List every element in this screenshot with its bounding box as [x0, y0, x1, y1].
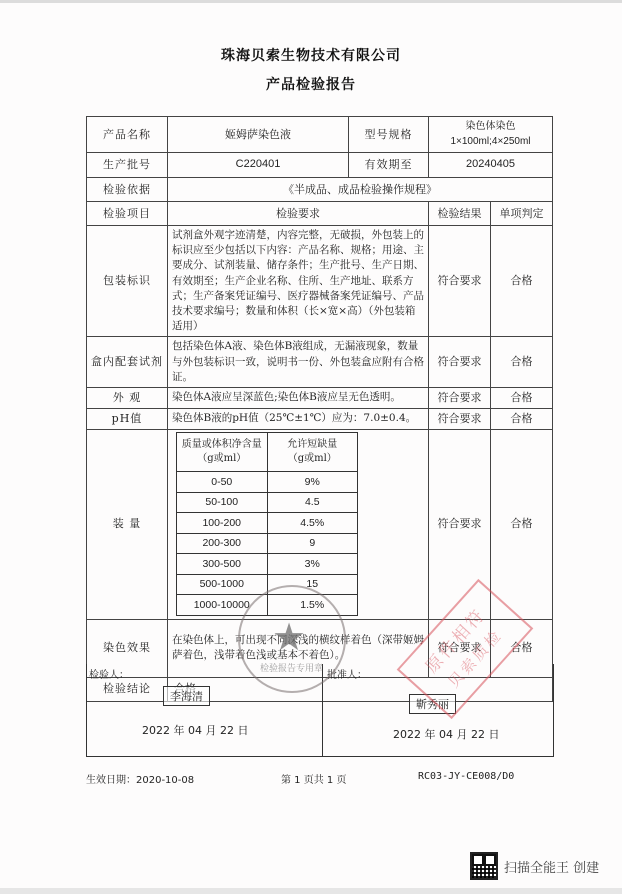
fill-volume-subtable: 质量或体积净含量 （g或ml） 允许短缺量 （g或ml） 0-509% 50-1… [176, 432, 358, 616]
col-item-header: 检验项目 [87, 202, 168, 226]
model-value: 染色体染色 1×100ml;4×250ml [429, 117, 553, 153]
header-line: （g或ml） [177, 452, 267, 466]
approver-date: 2022 年 04 月 22 日 [393, 726, 499, 742]
item-verdict: 合格 [491, 430, 553, 620]
document-code: RC03-JY-CE008/D0 [418, 771, 514, 782]
header-line: （g或ml） [268, 452, 358, 466]
row-product-name: 产品名称 姬姆萨染色液 型号规格 染色体染色 1×100ml;4×250ml [87, 117, 553, 153]
item-name: pH值 [87, 409, 168, 430]
scan-top-edge [0, 0, 622, 3]
item-name: 外 观 [87, 388, 168, 409]
row-packaging-label: 包装标识 试剂盒外观字迹清楚，内容完整，无破损，外包装上的标识应至少包括以下内容… [87, 226, 553, 337]
page-number: 第 1 页共 1 页 [281, 771, 346, 786]
item-requirement: 包括染色体A液、染色体B液组成，无漏液现象，数量与外包装标识一致，说明书一份、外… [168, 337, 429, 388]
model-label: 型号规格 [349, 117, 429, 153]
row-appearance: 外 观 染色体A液应呈深蓝色;染色体B液应呈无色透明。 符合要求 合格 [87, 388, 553, 409]
allowed-shortage: 4.5% [267, 513, 358, 534]
allowed-shortage: 3% [267, 554, 358, 575]
allowed-shortage: 9 [267, 533, 358, 554]
item-result: 符合要求 [429, 337, 491, 388]
subtable-row: 50-1004.5 [177, 492, 358, 513]
allowed-shortage: 9% [267, 472, 358, 493]
item-result: 符合要求 [429, 226, 491, 337]
item-result: 符合要求 [429, 409, 491, 430]
model-line-1: 染色体染色 [429, 120, 552, 135]
product-name-value: 姬姆萨染色液 [168, 117, 349, 153]
item-result: 符合要求 [429, 388, 491, 409]
item-verdict: 合格 [491, 226, 553, 337]
seal-text: 检验报告专用章 [260, 661, 323, 674]
company-name: 珠海贝索生物技术有限公司 [0, 45, 622, 65]
row-kit-reagents: 盒内配套试剂 包括染色体A液、染色体B液组成，无漏液现象，数量与外包装标识一致，… [87, 337, 553, 388]
inspection-report-seal: ★ 检验报告专用章 [238, 585, 346, 693]
watermark-text: 扫描全能王 创建 [504, 857, 599, 876]
star-icon: ★ [272, 615, 306, 659]
inspector-date: 2022 年 04 月 22 日 [142, 722, 248, 738]
net-content: 100-200 [177, 513, 268, 534]
subtable-row: 100-2004.5% [177, 513, 358, 534]
subtable-row: 0-509% [177, 472, 358, 493]
header-line: 允许短缺量 [268, 438, 358, 452]
qr-code-icon [470, 852, 498, 880]
subtable-row: 300-5003% [177, 554, 358, 575]
row-basis: 检验依据 《半成品、成品检验操作规程》 [87, 178, 553, 202]
col-verdict-header: 单项判定 [491, 202, 553, 226]
item-name: 盒内配套试剂 [87, 337, 168, 388]
subtable-col2-header: 允许短缺量 （g或ml） [267, 433, 358, 472]
basis-label: 检验依据 [87, 178, 168, 202]
col-requirement-header: 检验要求 [168, 202, 429, 226]
scanner-watermark: 扫描全能王 创建 [470, 852, 599, 880]
net-content: 300-500 [177, 554, 268, 575]
item-requirement: 试剂盒外观字迹清楚，内容完整，无破损，外包装上的标识应至少包括以下内容：产品名称… [168, 226, 429, 337]
item-name: 包装标识 [87, 226, 168, 337]
item-requirement: 染色体A液应呈深蓝色;染色体B液应呈无色透明。 [168, 388, 429, 409]
scan-bottom-edge [0, 888, 622, 894]
product-name-label: 产品名称 [87, 117, 168, 153]
allowed-shortage: 4.5 [267, 492, 358, 513]
row-ph: pH值 染色体B液的pH值（25℃±1℃）应为：7.0±0.4。 符合要求 合格 [87, 409, 553, 430]
expiry-label: 有效期至 [349, 153, 429, 178]
subtable-header: 质量或体积净含量 （g或ml） 允许短缺量 （g或ml） [177, 433, 358, 472]
net-content: 200-300 [177, 533, 268, 554]
basis-value: 《半成品、成品检验操作规程》 [168, 178, 553, 202]
net-content: 0-50 [177, 472, 268, 493]
item-verdict: 合格 [491, 409, 553, 430]
effective-date: 生效日期：2020-10-08 [86, 771, 194, 786]
item-name: 装 量 [87, 430, 168, 620]
batch-value: C220401 [168, 153, 349, 178]
batch-label: 生产批号 [87, 153, 168, 178]
subtable-row: 200-3009 [177, 533, 358, 554]
row-column-headers: 检验项目 检验要求 检验结果 单项判定 [87, 202, 553, 226]
subtable-col1-header: 质量或体积净含量 （g或ml） [177, 433, 268, 472]
net-content: 500-1000 [177, 574, 268, 595]
model-line-2: 1×100ml;4×250ml [429, 135, 552, 150]
inspector-name: 李海清 [163, 686, 210, 706]
inspector-label: 检验人： [89, 666, 129, 681]
net-content: 50-100 [177, 492, 268, 513]
report-title: 产品检验报告 [0, 74, 622, 94]
item-verdict: 合格 [491, 388, 553, 409]
row-batch: 生产批号 C220401 有效期至 20240405 [87, 153, 553, 178]
col-result-header: 检验结果 [429, 202, 491, 226]
item-requirement: 染色体B液的pH值（25℃±1℃）应为：7.0±0.4。 [168, 409, 429, 430]
expiry-value: 20240405 [429, 153, 553, 178]
item-verdict: 合格 [491, 337, 553, 388]
header-line: 质量或体积净含量 [177, 438, 267, 452]
